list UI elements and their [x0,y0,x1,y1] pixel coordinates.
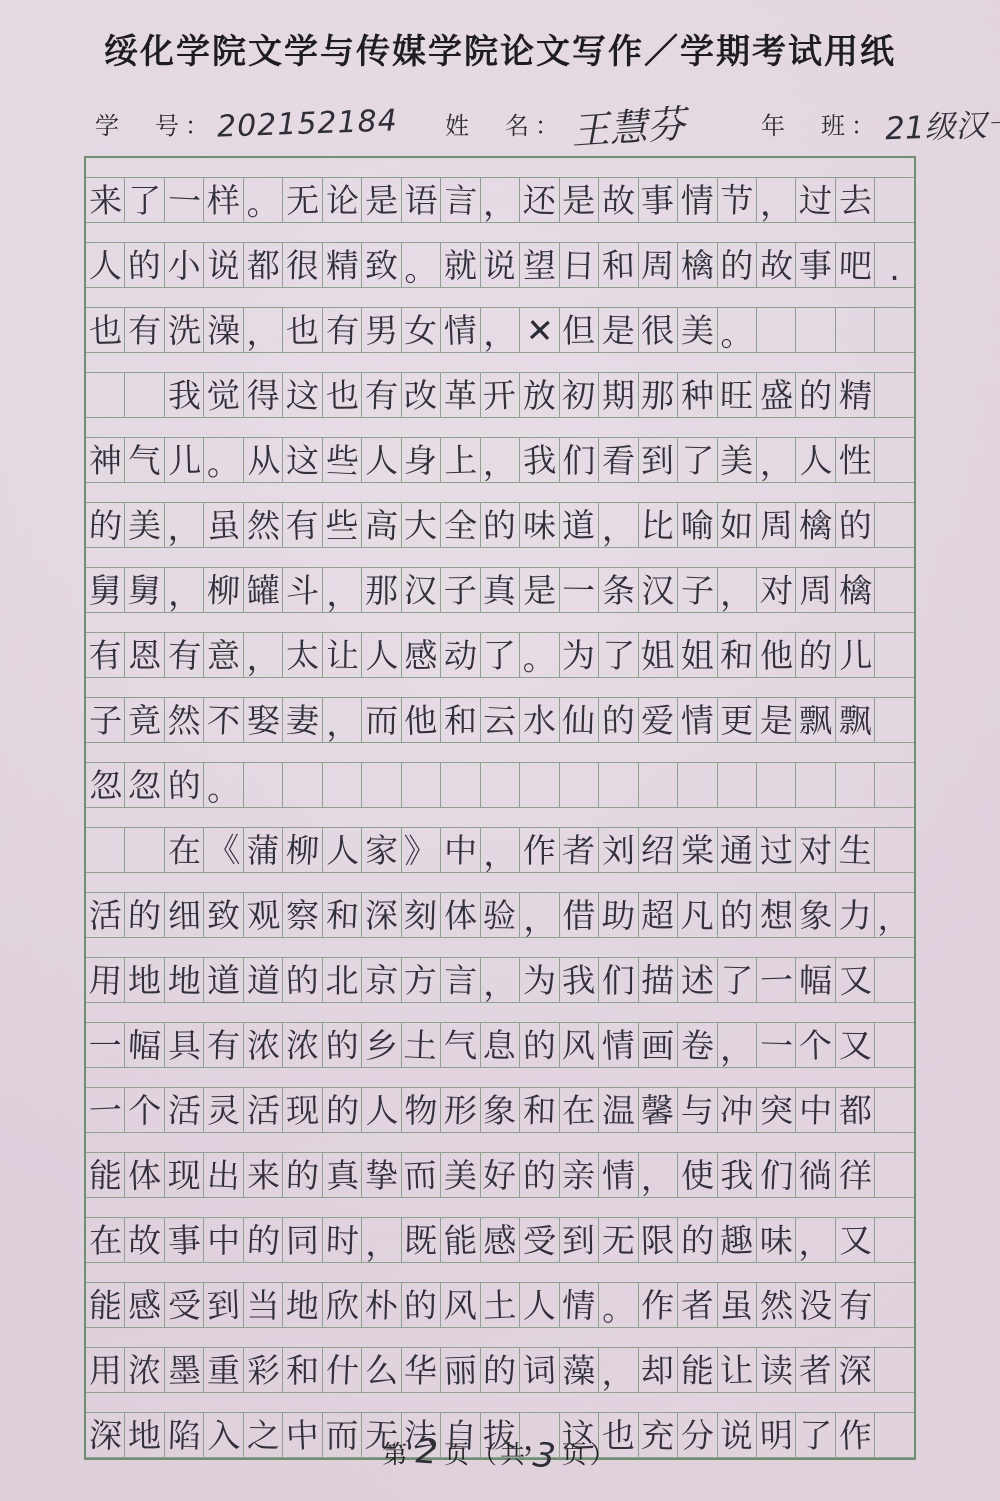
grid-cell: 是 [559,178,598,222]
grid-cell: 气 [124,438,163,482]
handwritten-character: 象 [483,1093,517,1127]
handwritten-character: 放 [523,379,556,412]
grid-cell: 舅 [86,568,124,612]
grid-row: 神气儿。从这些人身上，我们看到了美，人性 [86,437,914,483]
grid-cell: ， [361,1218,400,1262]
handwritten-character: 到 [641,443,675,477]
grid-cell: 一 [164,178,203,222]
grid-cell: 来 [243,1153,282,1197]
grid-cell: ， [164,568,203,612]
grid-cell: 浓 [124,1348,163,1392]
grid-cell: 者 [795,1348,834,1392]
handwritten-character: ， [483,966,517,1000]
handwritten-character: 儿 [167,443,201,477]
handwritten-character: 的 [601,703,635,737]
handwritten-character: 同 [286,1223,320,1257]
grid-cell: 形 [440,1088,479,1132]
grid-cell: 北 [322,958,361,1002]
grid-cell: 一 [756,958,795,1002]
grid-cell [519,763,558,807]
class-value: 21级汉一 [884,98,1000,148]
handwritten-character: 》 [404,833,438,867]
handwritten-character: 没 [799,1289,832,1322]
grid-gap-strip [86,548,914,567]
grid-cell: 的 [243,1218,282,1262]
grid-cell: 土 [401,1023,440,1067]
footer-prefix: 第 [382,1440,410,1469]
handwritten-character: 情 [601,1028,636,1063]
handwritten-character: 既 [404,1223,438,1257]
handwritten-character: 在 [562,1093,596,1127]
grid-cell: 作 [519,828,558,872]
grid-cell: 现 [282,1088,321,1132]
handwritten-character: 很 [286,248,320,282]
grid-cell: 重 [203,1348,242,1392]
handwritten-character: 男 [365,313,399,347]
handwritten-character: 的 [128,898,162,932]
handwritten-character: 开 [483,378,518,413]
handwritten-character: 人 [365,443,399,477]
handwritten-character: 身 [404,443,438,477]
grid-cell: 彩 [243,1348,282,1392]
grid-cell: 刻 [401,893,440,937]
grid-cell: 飘 [795,698,834,742]
grid-cell: ， [480,958,519,1002]
handwritten-character: 们 [602,964,635,997]
grid-cell [282,763,321,807]
handwritten-character: 地 [285,1288,320,1323]
handwritten-character: 喻 [681,508,715,542]
grid-cell: 舅 [124,568,163,612]
handwritten-character: 都 [246,248,280,282]
handwritten-character: ， [325,706,359,740]
grid-cell: ， [322,698,361,742]
grid-cell: 道 [243,958,282,1002]
handwritten-character: 语 [404,184,437,217]
handwritten-character: 家 [365,833,399,867]
grid-cell: 具 [164,1023,203,1067]
handwritten-character: 虽 [720,1288,754,1322]
handwritten-character: 感 [483,1224,516,1257]
handwritten-character: 精 [325,248,359,282]
grid-cell: 作 [638,1283,677,1327]
handwritten-character: 们 [759,1158,794,1193]
handwritten-character: ， [641,1162,675,1196]
handwritten-character: 澡 [207,314,240,347]
handwritten-character: 竟 [127,703,162,738]
grid-cell: 。 [203,438,242,482]
grid-gap-strip [86,938,914,957]
handwritten-character: 人 [88,248,122,282]
page-number-handwritten: 2 [415,1431,439,1472]
grid-cell: 人 [361,633,400,677]
handwritten-character: ， [246,641,280,675]
handwritten-character: 他 [759,638,793,672]
grid-cell [874,308,913,352]
handwritten-character: 而 [404,1158,439,1193]
grid-cell: 的 [677,1218,716,1262]
handwritten-character: 。 [207,447,241,481]
handwritten-character: 我 [167,378,201,412]
grid-cell: 的 [480,1348,519,1392]
grid-cell: 如 [717,503,756,547]
handwritten-character: 又 [838,1223,872,1257]
handwritten-character: 为 [562,638,596,672]
grid-cell: 述 [677,958,716,1002]
handwritten-character: 地 [128,963,162,997]
handwritten-character: 觉 [206,378,241,413]
handwritten-character: 来 [246,1158,280,1192]
grid-cell: 致 [203,893,242,937]
grid-cell: 都 [835,1088,874,1132]
grid-cell [874,1218,913,1262]
grid-cell: 冲 [717,1088,756,1132]
handwritten-character: 来 [88,183,123,218]
handwritten-character: 。 [522,641,556,675]
grid-row: 子竟然不娶妻，而他和云水仙的爱情更是飘飘 [86,697,914,743]
handwritten-character: 息 [483,1028,517,1062]
grid-cell: 徜 [795,1153,834,1197]
handwritten-character: 无 [286,183,320,217]
handwritten-character: 的 [720,898,754,932]
grid-cell: 真 [322,1153,361,1197]
handwritten-character: 当 [247,1289,280,1322]
grid-gap-strip [86,808,914,827]
handwritten-character: 有 [207,1028,241,1062]
grid-cell: 能 [86,1283,124,1327]
grid-cell: 既 [401,1218,440,1262]
grid-cell: 上 [440,438,479,482]
grid-cell: 澡 [203,308,242,352]
handwritten-character: 用 [88,1353,122,1387]
grid-cell [874,1348,913,1392]
grid-cell: 太 [282,633,321,677]
handwritten-character: 忽 [128,768,162,802]
handwritten-character: 味 [760,1224,793,1257]
handwritten-character: 旺 [720,378,754,412]
grid-cell: 精 [322,243,361,287]
grid-cell: 又 [835,958,874,1002]
handwritten-character: 的 [799,379,832,412]
handwritten-character: 如 [720,508,754,542]
grid-cell: 为 [559,633,598,677]
handwritten-character: 故 [602,183,636,217]
grid-cell: 棠 [677,828,716,872]
grid-cell: 是 [361,178,400,222]
grid-cell: 到 [638,438,677,482]
handwritten-character: 汉 [641,574,674,607]
grid-cell: 盛 [756,373,795,417]
grid-cell: 欣 [322,1283,361,1327]
grid-cell: 美 [440,1153,479,1197]
grid-cell: 和 [717,633,756,677]
grid-cell: 朴 [361,1283,400,1327]
grid-cell: 的 [480,503,519,547]
grid-cell: 檎 [677,243,716,287]
handwritten-character: 子 [88,703,122,737]
grid-cell: 气 [440,1023,479,1067]
grid-cell: 让 [717,1348,756,1392]
handwritten-character: 条 [601,573,636,608]
grid-cell: 地 [164,958,203,1002]
handwritten-character: 藻 [562,1354,595,1387]
handwritten-character: 和 [286,1354,319,1387]
grid-cell: 周 [756,503,795,547]
grid-cell: 们 [756,1153,795,1197]
handwritten-character: 去 [838,183,872,217]
handwritten-character: 仙 [562,703,596,737]
grid-cell: 让 [322,633,361,677]
handwritten-character: 乡 [365,1029,398,1062]
grid-cell: 徉 [835,1153,874,1197]
handwritten-character: 的 [127,248,162,283]
handwritten-character: ， [325,576,360,611]
grid-cell: ， [874,893,913,937]
handwritten-character: 亲 [562,1158,596,1192]
grid-cell: 从 [243,438,282,482]
grid-gap-strip [86,1198,914,1217]
handwritten-character: 也 [325,378,359,412]
handwritten-character: 的 [523,1158,557,1192]
grid-cell: 馨 [638,1088,677,1132]
grid-cell: 通 [717,828,756,872]
grid-cell [835,763,874,807]
grid-cell: 语 [401,178,440,222]
handwritten-character: 幅 [127,1028,162,1063]
grid-cell: 然 [164,698,203,742]
grid-cell: 体 [440,893,479,937]
handwritten-character: 太 [286,638,320,672]
grid-cell: 时 [322,1218,361,1262]
handwritten-character: 浓 [286,1028,320,1062]
grid-cell: 情 [598,1153,637,1197]
grid-cell: 藻 [559,1348,598,1392]
handwritten-character: 就 [444,249,477,282]
handwritten-character: 一 [562,573,596,607]
handwritten-character: 活 [88,898,122,932]
grid-cell: ， [480,308,519,352]
handwritten-character: 华 [404,1353,438,1387]
grid-row: 活的细致观察和深刻体验，借助超凡的想象力， [86,892,914,938]
grid-cell: 感 [480,1218,519,1262]
handwritten-character: 彩 [246,1353,281,1388]
grid-cell: 好 [480,1153,519,1197]
handwritten-character: 过 [799,183,833,217]
grid-cell: 革 [440,373,479,417]
grid-cell: 过 [756,828,795,872]
handwritten-character: 幅 [799,963,833,997]
grid-row: 人的小说都很精致。就说望日和周檎的故事吧. [86,242,914,288]
grid-cell: 《 [203,828,242,872]
grid-cell: 忽 [124,763,163,807]
grid-cell: 助 [598,893,637,937]
grid-cell: 是 [519,568,558,612]
grid-cell: 我 [519,438,558,482]
handwritten-character: 重 [207,1353,241,1387]
handwritten-character: 舅 [127,573,162,608]
grid-cell: 活 [243,1088,282,1132]
handwritten-character: 和 [601,248,635,282]
handwritten-character: 浓 [246,1028,280,1062]
grid-cell: 忽 [86,763,124,807]
handwritten-character: 周 [799,573,833,607]
grid-cell: 人 [795,438,834,482]
handwritten-character: 动 [443,638,478,673]
grid-cell: 幅 [124,1023,163,1067]
handwritten-character: 京 [364,963,399,998]
handwritten-character: 者 [680,1288,714,1322]
grid-cell: 情 [677,178,716,222]
handwritten-character: 的 [167,768,202,803]
grid-cell: 活 [86,893,124,937]
handwritten-character: 致 [365,248,399,282]
grid-cell [756,308,795,352]
handwritten-character: 用 [88,963,123,998]
grid-cell [874,698,913,742]
handwritten-character: 为 [523,963,557,997]
handwritten-character: 和 [719,638,754,673]
handwritten-character: 词 [522,1353,557,1388]
grid-cell: 他 [401,698,440,742]
handwritten-character: 北 [326,964,359,997]
grid-gap-strip [86,483,914,502]
handwritten-character: 洗 [167,313,202,348]
grid-cell: 虽 [717,1283,756,1327]
handwritten-character: 初 [562,378,597,413]
grid-cell: 的 [598,698,637,742]
handwritten-character: 助 [601,898,636,933]
grid-row: 能体现出来的真挚而美好的亲情，使我们徜徉 [86,1152,914,1198]
grid-cell: 受 [164,1283,203,1327]
grid-cell: 过 [795,178,834,222]
grid-cell: 没 [795,1283,834,1327]
grid-cell: 想 [756,893,795,937]
handwritten-character: 观 [246,898,281,933]
grid-cell: ， [756,178,795,222]
handwritten-character: 从 [246,443,281,478]
grid-cell: 虽 [203,503,242,547]
handwritten-character: 借 [562,899,595,932]
grid-cell [874,828,913,872]
grid-cell: 描 [638,958,677,1002]
grid-cell: 小 [164,243,203,287]
grid-cell: 能 [677,1348,716,1392]
handwritten-character: 么 [365,1353,399,1387]
grid-cell: 而 [361,698,400,742]
handwritten-character: 有 [838,1288,873,1323]
grid-cell: 的 [282,1153,321,1197]
handwritten-character: 美 [444,1159,477,1192]
grid-row: 我觉得这也有改革开放初期那种旺盛的精 [86,372,914,418]
handwritten-character: 现 [286,1093,320,1127]
handwritten-character: 是 [759,703,794,738]
grid-gap-strip [86,1133,914,1152]
grid-cell: 旺 [717,373,756,417]
handwritten-character: 土 [483,1288,518,1323]
handwritten-character: 的 [325,1028,360,1063]
handwritten-character: 些 [325,443,360,478]
grid-cell: 言 [440,958,479,1002]
handwritten-character: 对 [759,573,793,607]
grid-cell: 姐 [677,633,716,677]
grid-cell: 蒲 [243,828,282,872]
handwritten-character: 了 [128,184,161,217]
handwritten-character: 的 [720,249,753,282]
grid-cell: 我 [717,1153,756,1197]
grid-cell: 了 [480,633,519,677]
handwritten-character: 气 [444,1028,478,1062]
grid-cell: 现 [164,1153,203,1197]
grid-cell [874,568,913,612]
grid-cell: 细 [164,893,203,937]
grid-cell: 到 [559,1218,598,1262]
grid-cell: 。 [203,763,242,807]
grid-cell: 无 [282,178,321,222]
handwritten-character: 感 [404,639,437,672]
grid-cell: 灵 [203,1088,242,1132]
grid-cell: 放 [519,373,558,417]
handwritten-character: 种 [680,378,714,412]
handwritten-character: 水 [523,703,557,737]
handwritten-character: 子 [680,573,715,608]
handwritten-character: 样 [207,183,241,217]
handwritten-character: 真 [325,1158,359,1192]
grid-cell: ， [164,503,203,547]
grid-cell: 我 [559,958,598,1002]
grid-cell [756,763,795,807]
handwritten-character: 言 [443,963,477,997]
grid-cell: 情 [440,308,479,352]
grid-cell: ✕ [519,308,558,352]
grid-cell: 又 [835,1023,874,1067]
grid-cell: ， [795,1218,834,1262]
grid-cell: 体 [124,1153,163,1197]
grid-cell: 人 [519,1283,558,1327]
handwritten-character: 周 [759,508,793,542]
grid-cell: 和 [322,893,361,937]
handwritten-character: 中 [444,833,478,867]
handwritten-character: 爱 [641,703,675,737]
handwritten-character: 有 [285,508,320,543]
handwritten-character: 是 [601,313,635,347]
grid-cell: 的 [124,243,163,287]
handwritten-character: 生 [838,833,873,868]
grid-cell: 卷 [677,1023,716,1067]
grid-cell: 有 [361,373,400,417]
handwritten-character: 让 [720,1353,754,1387]
grid-cell: 大 [401,503,440,547]
handwritten-character: 通 [720,833,754,867]
handwritten-character: 说 [206,248,241,283]
grid-cell: 水 [519,698,558,742]
handwritten-character: ， [167,577,201,611]
handwritten-character: 察 [286,899,319,932]
handwritten-character: 的 [483,1353,517,1387]
handwritten-character: 。 [719,316,754,351]
grid-cell: 画 [638,1023,677,1067]
grid-cell: 一 [86,1088,124,1132]
handwritten-character: 精 [838,378,873,413]
grid-cell: 绍 [638,828,677,872]
handwritten-character: 人 [325,833,359,867]
grid-cell: 深 [361,893,400,937]
handwritten-character: 现 [168,1159,201,1192]
grid-cell: 一 [559,568,598,612]
handwritten-character: 罐 [246,573,280,607]
grid-cell: 也 [86,308,124,352]
handwritten-character: 飘 [838,703,872,737]
handwritten-character: 然 [168,704,201,737]
